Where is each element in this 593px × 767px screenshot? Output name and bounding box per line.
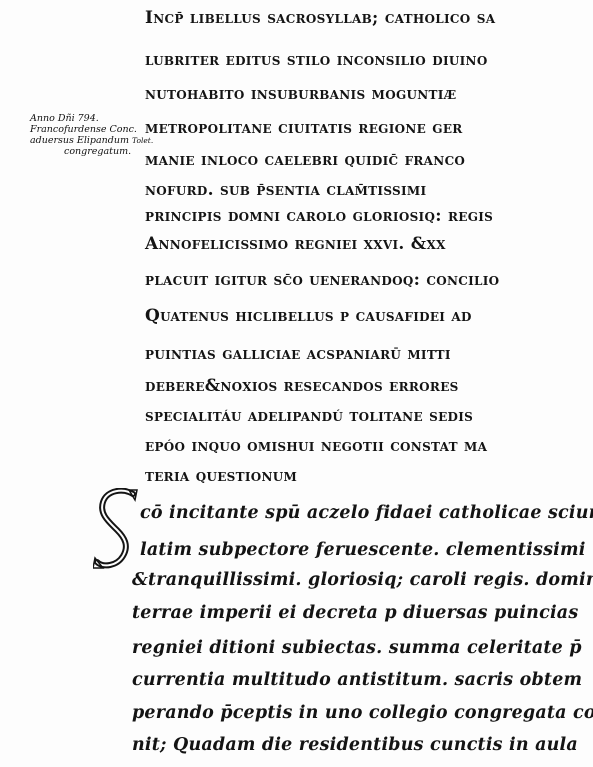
margin-note-line-2: Francofurdense Conc. [30, 124, 152, 135]
body-line: currentia multitudo antistitum. sacris o… [132, 670, 582, 690]
margin-note-line-1: Anno Dñi 794. [30, 113, 152, 124]
heading-line: Incp̄ libellus sacrosyllab; catholico sa [145, 8, 495, 28]
marginal-annotation: Anno Dñi 794. Francofurdense Conc. aduer… [30, 113, 152, 157]
heading-line: placuit igitur sc̄o uenerandoq: concilio [145, 270, 499, 290]
heading-line: teria questionum [145, 466, 297, 486]
heading-line: nofurd. sub p̄sentia clam̄tissimi [145, 180, 426, 200]
body-line: terrae imperii ei decreta p diuersas pui… [132, 603, 578, 623]
body-line: perando p̄ceptis in uno collegio congreg… [132, 703, 593, 723]
heading-line: nutohabito insuburbanis moguntiæ [145, 84, 456, 104]
heading-line: lubriter editus stilo inconsilio diuino [145, 50, 488, 70]
heading-line: Annofelicissimo regniei xxvi. &xx [145, 234, 446, 254]
margin-note-line-3: aduersus Elipandum Tolet. [30, 135, 152, 146]
margin-note-line-3-text: aduersus Elipandum [30, 135, 129, 146]
decorated-initial-s-icon [93, 488, 139, 572]
heading-line: principis domni carolo gloriosiq: regis [145, 206, 493, 226]
body-line: regniei ditioni subiectas. summa celerit… [132, 638, 582, 658]
heading-line: puintias galliciae acspaniarū mitti [145, 344, 451, 364]
body-line: nit; Quadam die residentibus cunctis in … [132, 735, 578, 755]
manuscript-page: Anno Dñi 794. Francofurdense Conc. aduer… [0, 0, 593, 767]
body-line: cō incitante spū aczelo fidaei catholica… [140, 503, 593, 523]
heading-line: Quatenus hiclibellus p causafidei ad [145, 306, 472, 326]
body-line: &tranquillissimi. gloriosiq; caroli regi… [132, 570, 593, 590]
margin-note-line-4: congregatum. [30, 146, 152, 157]
body-line: latim subpectore feruescente. clementiss… [140, 540, 586, 560]
heading-line: debere&noxios resecandos errores [145, 376, 459, 396]
heading-line: manie inloco caelebri quidic̄ franco [145, 150, 465, 170]
heading-line: epóo inquo omishui negotii constat ma [145, 436, 487, 456]
heading-line: metropolitane ciuitatis regione ger [145, 118, 463, 138]
heading-line: specialitáu adelipandú tolitane sedis [145, 406, 473, 426]
